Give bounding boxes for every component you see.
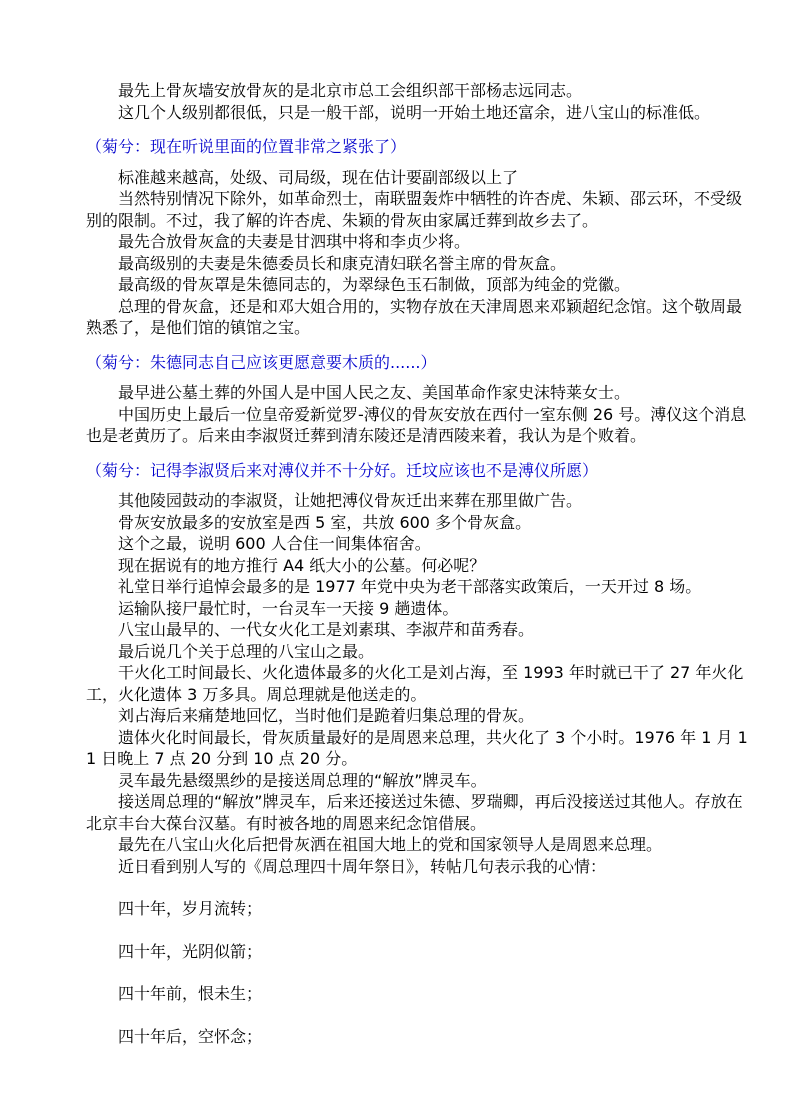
body-paragraph: 八宝山最早的、一代女火化工是刘素琪、李淑芹和苗秀春。 <box>86 619 748 641</box>
body-paragraph: 最高级别的夫妻是朱德委员长和康克清妇联名誉主席的骨灰盒。 <box>86 253 748 275</box>
reader-comment: （菊兮：记得李淑贤后来对溥仪并不十分好。迁坟应该也不是溥仪所愿） <box>86 460 748 482</box>
body-paragraph: 最先合放骨灰盒的夫妻是甘泗琪中将和李贞少将。 <box>86 231 748 253</box>
verse-line: 四十年，光阴似箭； <box>86 941 748 963</box>
document-body: 最先上骨灰墙安放骨灰的是北京市总工会组织部干部杨志远同志。这几个人级别都很低，只… <box>86 80 748 1047</box>
body-paragraph: 最早进公墓土葬的外国人是中国人民之友、美国革命作家史沫特莱女士。 <box>86 382 748 404</box>
body-paragraph: 最后说几个关于总理的八宝山之最。 <box>86 641 748 663</box>
body-paragraph: 总理的骨灰盒，还是和邓大姐合用的，实物存放在天津周恩来邓颖超纪念馆。这个敬周最熟… <box>86 296 748 339</box>
body-paragraph: 最先上骨灰墙安放骨灰的是北京市总工会组织部干部杨志远同志。 <box>86 80 748 102</box>
body-paragraph: 最先在八宝山火化后把骨灰洒在祖国大地上的党和国家领导人是周恩来总理。 <box>86 834 748 856</box>
body-paragraph: 干火化工时间最长、火化遗体最多的火化工是刘占海，至 1993 年时就已干了 27… <box>86 662 748 705</box>
reader-comment: （菊兮：现在听说里面的位置非常之紧张了） <box>86 136 748 158</box>
body-paragraph: 骨灰安放最多的安放室是西 5 室，共放 600 多个骨灰盒。 <box>86 512 748 534</box>
body-paragraph: 接送周总理的“解放”牌灵车，后来还接送过朱德、罗瑞卿，再后没接送过其他人。存放在… <box>86 791 748 834</box>
body-paragraph: 这几个人级别都很低，只是一般干部，说明一开始土地还富余，进八宝山的标准低。 <box>86 102 748 124</box>
body-paragraph: 礼堂日举行追悼会最多的是 1977 年党中央为老干部落实政策后，一天开过 8 场… <box>86 576 748 598</box>
body-paragraph: 当然特别情况下除外，如革命烈士，南联盟轰炸中牺牲的许杏虎、朱颖、邵云环，不受级别… <box>86 188 748 231</box>
body-paragraph: 中国历史上最后一位皇帝爱新觉罗-溥仪的骨灰安放在西付一室东侧 26 号。溥仪这个… <box>86 404 748 447</box>
reader-comment: （菊兮：朱德同志自己应该更愿意要木质的......） <box>86 352 748 374</box>
verse-line: 四十年，岁月流转； <box>86 898 748 920</box>
body-paragraph: 遗体火化时间最长，骨灰质量最好的是周恩来总理，共火化了 3 个小时。1976 年… <box>86 727 748 770</box>
body-paragraph: 这个之最，说明 600 人合住一间集体宿舍。 <box>86 533 748 555</box>
body-paragraph: 其他陵园鼓动的李淑贤，让她把溥仪骨灰迁出来葬在那里做广告。 <box>86 490 748 512</box>
body-paragraph: 近日看到别人写的《周总理四十周年祭日》，转帖几句表示我的心情： <box>86 856 748 878</box>
body-paragraph: 灵车最先悬缀黑纱的是接送周总理的“解放”牌灵车。 <box>86 770 748 792</box>
body-paragraph: 现在据说有的地方推行 A4 纸大小的公墓。何必呢？ <box>86 555 748 577</box>
document-page: 最先上骨灰墙安放骨灰的是北京市总工会组织部干部杨志远同志。这几个人级别都很低，只… <box>0 0 800 1100</box>
body-paragraph: 标准越来越高，处级、司局级，现在估计要副部级以上了 <box>86 167 748 189</box>
body-paragraph: 运输队接尸最忙时，一台灵车一天接 9 趟遗体。 <box>86 598 748 620</box>
verse-line: 四十年后，空怀念； <box>86 1026 748 1048</box>
verse-line: 四十年前，恨未生； <box>86 983 748 1005</box>
body-paragraph: 最高级的骨灰罩是朱德同志的，为翠绿色玉石制做，顶部为纯金的党徽。 <box>86 274 748 296</box>
body-paragraph: 刘占海后来痛楚地回忆，当时他们是跪着归集总理的骨灰。 <box>86 705 748 727</box>
